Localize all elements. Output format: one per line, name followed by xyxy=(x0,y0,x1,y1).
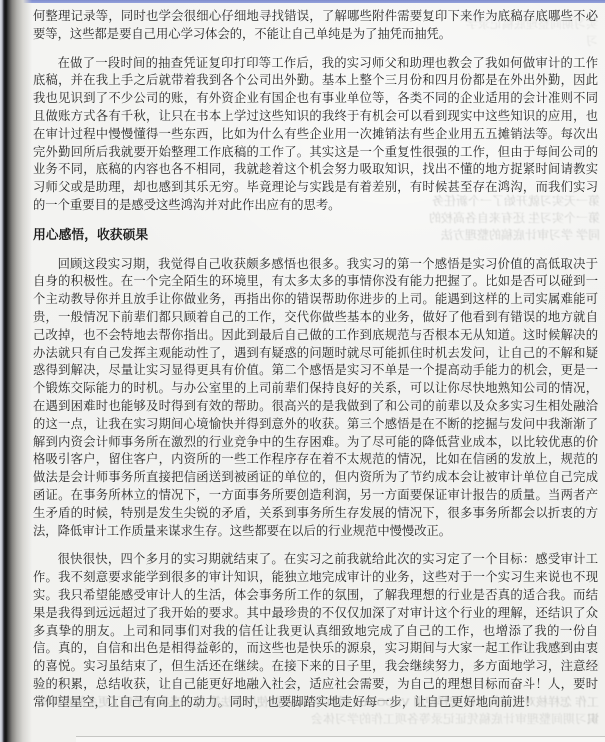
window-top-edge xyxy=(0,0,605,3)
book-spine-shadow xyxy=(0,0,34,742)
paragraph-reflections: 回顾这段实习期，我觉得自己收获颇多感悟也很多。我实习的第一个感悟是实习价值的高低… xyxy=(33,256,598,541)
scanned-document-page: 何整理记录等，同时也学会很细心仔细地寻找错误，了解哪些附件需要复印下来作为底稿存… xyxy=(0,0,605,742)
page-bottom-edge xyxy=(76,736,605,737)
document-content: 何整理记录等，同时也学会很细心仔细地寻找错误，了解哪些附件需要复印下来作为底稿存… xyxy=(33,8,598,722)
paragraph-fieldwork: 在做了一段时间的抽查凭证复印打印等工作后，我的实习师父和助理也教会了我如何做审计… xyxy=(33,55,598,215)
page-bottom-margin xyxy=(76,737,605,742)
section-heading: 用心感悟，收获硕果 xyxy=(33,227,598,245)
paragraph-continuation: 何整理记录等，同时也学会很细心仔细地寻找错误，了解哪些附件需要复印下来作为底稿存… xyxy=(33,8,598,44)
paragraph-conclusion: 很快很快，四个多月的实习期就结束了。在实习之前我就给此次的实习定了一个目标：感受… xyxy=(33,551,598,711)
